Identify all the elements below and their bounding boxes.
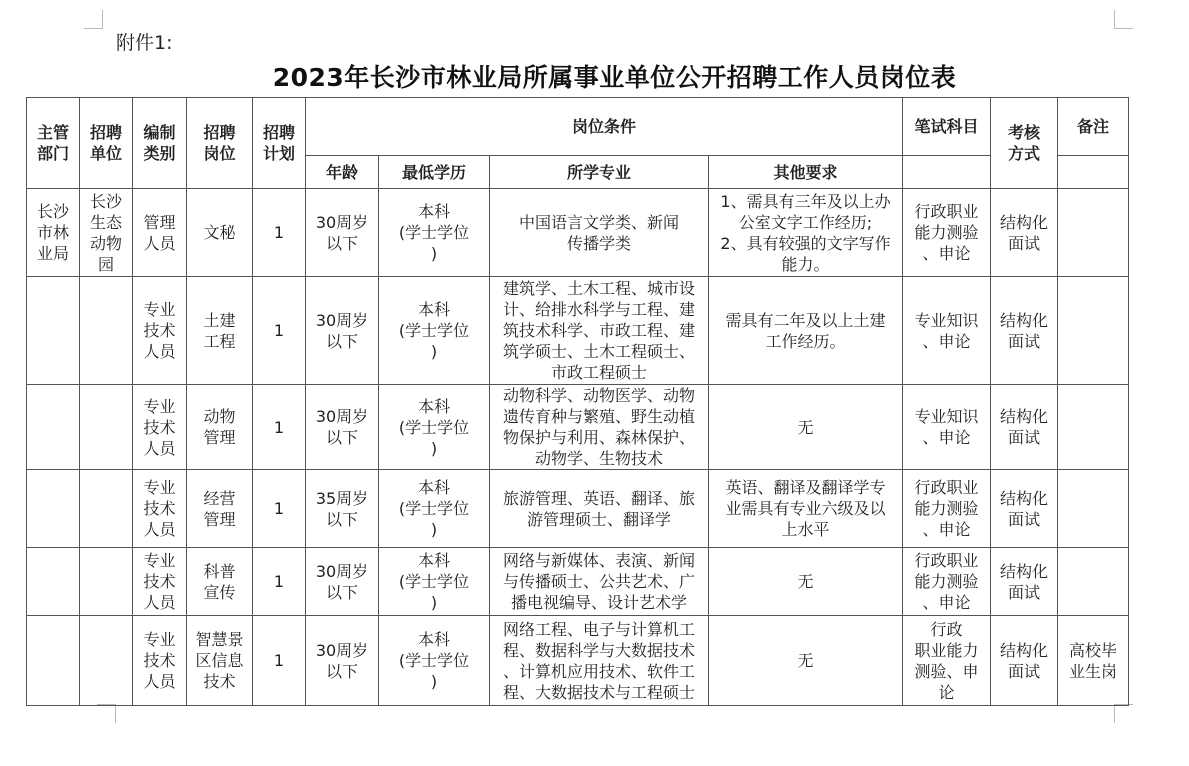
col-header-exam: 笔试科目 [903,98,991,156]
cell-remarks [1058,548,1129,616]
cell-plan: 1 [253,277,306,385]
attachment-label: 附件1: [116,28,173,55]
col-header-plan: 招聘 计划 [253,98,306,189]
cell-remarks [1058,277,1129,385]
cell-category: 专业 技术 人员 [133,470,187,548]
col-header-assessment: 考核 方式 [991,98,1058,189]
cell-assessment: 结构化 面试 [991,189,1058,277]
col-header-unit: 招聘 单位 [80,98,133,189]
cell-education: 本科 (学士学位 ) [379,277,490,385]
page-corner-mark [1114,704,1133,723]
cell-unit: 长沙 生态 动物 园 [80,189,133,277]
col-header-conditions: 岗位条件 [306,98,903,156]
cell-category: 专业 技术 人员 [133,548,187,616]
recruitment-table: 主管 部门 招聘 单位 编制 类别 招聘 岗位 招聘 计划 岗位条件 笔试科目 … [26,97,1129,706]
cell-education: 本科 (学士学位 ) [379,470,490,548]
cell-post: 文秘 [187,189,253,277]
cell-remarks [1058,470,1129,548]
cell-category: 专业 技术 人员 [133,277,187,385]
cell-assessment: 结构化 面试 [991,548,1058,616]
cell-plan: 1 [253,470,306,548]
cell-other: 需具有二年及以上土建 工作经历。 [709,277,903,385]
cell-age: 30周岁 以下 [306,385,379,470]
cell-other: 无 [709,548,903,616]
cell-category: 管理 人员 [133,189,187,277]
table-row: 专业 技术 人员 动物 管理 1 30周岁 以下 本科 (学士学位 ) 动物科学… [27,385,1129,470]
cell-unit [80,277,133,385]
col-header-major: 所学专业 [490,156,709,189]
cell-plan: 1 [253,385,306,470]
cell-other: 1、需具有三年及以上办 公室文字工作经历; 2、具有较强的文字写作 能力。 [709,189,903,277]
cell-dept [27,385,80,470]
cell-age: 30周岁 以下 [306,189,379,277]
col-header-age: 年龄 [306,156,379,189]
cell-exam: 专业知识 、申论 [903,277,991,385]
cell-plan: 1 [253,616,306,706]
cell-education: 本科 (学士学位 ) [379,189,490,277]
col-header-dept: 主管 部门 [27,98,80,189]
cell-dept [27,548,80,616]
cell-assessment: 结构化 面试 [991,385,1058,470]
cell-other: 英语、翻译及翻译学专 业需具有专业六级及以 上水平 [709,470,903,548]
col-header-remarks-blank [1058,156,1129,189]
cell-assessment: 结构化 面试 [991,470,1058,548]
cell-dept: 长沙 市林 业局 [27,189,80,277]
cell-category: 专业 技术 人员 [133,385,187,470]
cell-age: 30周岁 以下 [306,616,379,706]
cell-age: 35周岁 以下 [306,470,379,548]
header-row-1: 主管 部门 招聘 单位 编制 类别 招聘 岗位 招聘 计划 岗位条件 笔试科目 … [27,98,1129,156]
cell-remarks [1058,385,1129,470]
cell-dept [27,616,80,706]
cell-major: 网络与新媒体、表演、新闻 与传播硕士、公共艺术、广 播电视编导、设计艺术学 [490,548,709,616]
col-header-post: 招聘 岗位 [187,98,253,189]
cell-major: 网络工程、电子与计算机工 程、数据科学与大数据技术 、计算机应用技术、软件工 程… [490,616,709,706]
table-row: 专业 技术 人员 科普 宣传 1 30周岁 以下 本科 (学士学位 ) 网络与新… [27,548,1129,616]
cell-unit [80,548,133,616]
cell-post: 经营 管理 [187,470,253,548]
cell-education: 本科 (学士学位 ) [379,616,490,706]
cell-post: 动物 管理 [187,385,253,470]
cell-remarks [1058,189,1129,277]
cell-major: 中国语言文学类、新闻 传播学类 [490,189,709,277]
cell-category: 专业 技术 人员 [133,616,187,706]
col-header-remarks: 备注 [1058,98,1129,156]
cell-exam: 行政职业 能力测验 、申论 [903,189,991,277]
cell-exam: 行政职业 能力测验 、申论 [903,470,991,548]
page-corner-mark [84,10,103,29]
cell-dept [27,470,80,548]
table-row: 长沙 市林 业局 长沙 生态 动物 园 管理 人员 文秘 1 30周岁 以下 本… [27,189,1129,277]
cell-plan: 1 [253,189,306,277]
table-row: 专业 技术 人员 土建 工程 1 30周岁 以下 本科 (学士学位 ) 建筑学、… [27,277,1129,385]
cell-other: 无 [709,385,903,470]
cell-remarks: 高校毕 业生岗 [1058,616,1129,706]
cell-post: 科普 宣传 [187,548,253,616]
page-title: 2023年长沙市林业局所属事业单位公开招聘工作人员岗位表 [0,58,1189,94]
cell-unit [80,616,133,706]
cell-plan: 1 [253,548,306,616]
cell-assessment: 结构化 面试 [991,616,1058,706]
cell-unit [80,470,133,548]
col-header-category: 编制 类别 [133,98,187,189]
cell-post: 土建 工程 [187,277,253,385]
table-row: 专业 技术 人员 智慧景 区信息 技术 1 30周岁 以下 本科 (学士学位 )… [27,616,1129,706]
cell-education: 本科 (学士学位 ) [379,385,490,470]
table-row: 专业 技术 人员 经营 管理 1 35周岁 以下 本科 (学士学位 ) 旅游管理… [27,470,1129,548]
cell-unit [80,385,133,470]
col-header-education: 最低学历 [379,156,490,189]
cell-major: 建筑学、土木工程、城市设 计、给排水科学与工程、建 筑技术科学、市政工程、建 筑… [490,277,709,385]
cell-exam: 行政 职业能力 测验、申 论 [903,616,991,706]
col-header-exam-blank [903,156,991,189]
cell-assessment: 结构化 面试 [991,277,1058,385]
cell-major: 动物科学、动物医学、动物 遗传育种与繁殖、野生动植 物保护与利用、森林保护、 动… [490,385,709,470]
cell-other: 无 [709,616,903,706]
cell-education: 本科 (学士学位 ) [379,548,490,616]
cell-major: 旅游管理、英语、翻译、旅 游管理硕士、翻译学 [490,470,709,548]
cell-dept [27,277,80,385]
cell-exam: 行政职业 能力测验 、申论 [903,548,991,616]
cell-post: 智慧景 区信息 技术 [187,616,253,706]
cell-age: 30周岁 以下 [306,277,379,385]
page-corner-mark [1114,10,1133,29]
cell-exam: 专业知识 、申论 [903,385,991,470]
page-corner-mark [97,704,116,723]
col-header-other: 其他要求 [709,156,903,189]
cell-age: 30周岁 以下 [306,548,379,616]
